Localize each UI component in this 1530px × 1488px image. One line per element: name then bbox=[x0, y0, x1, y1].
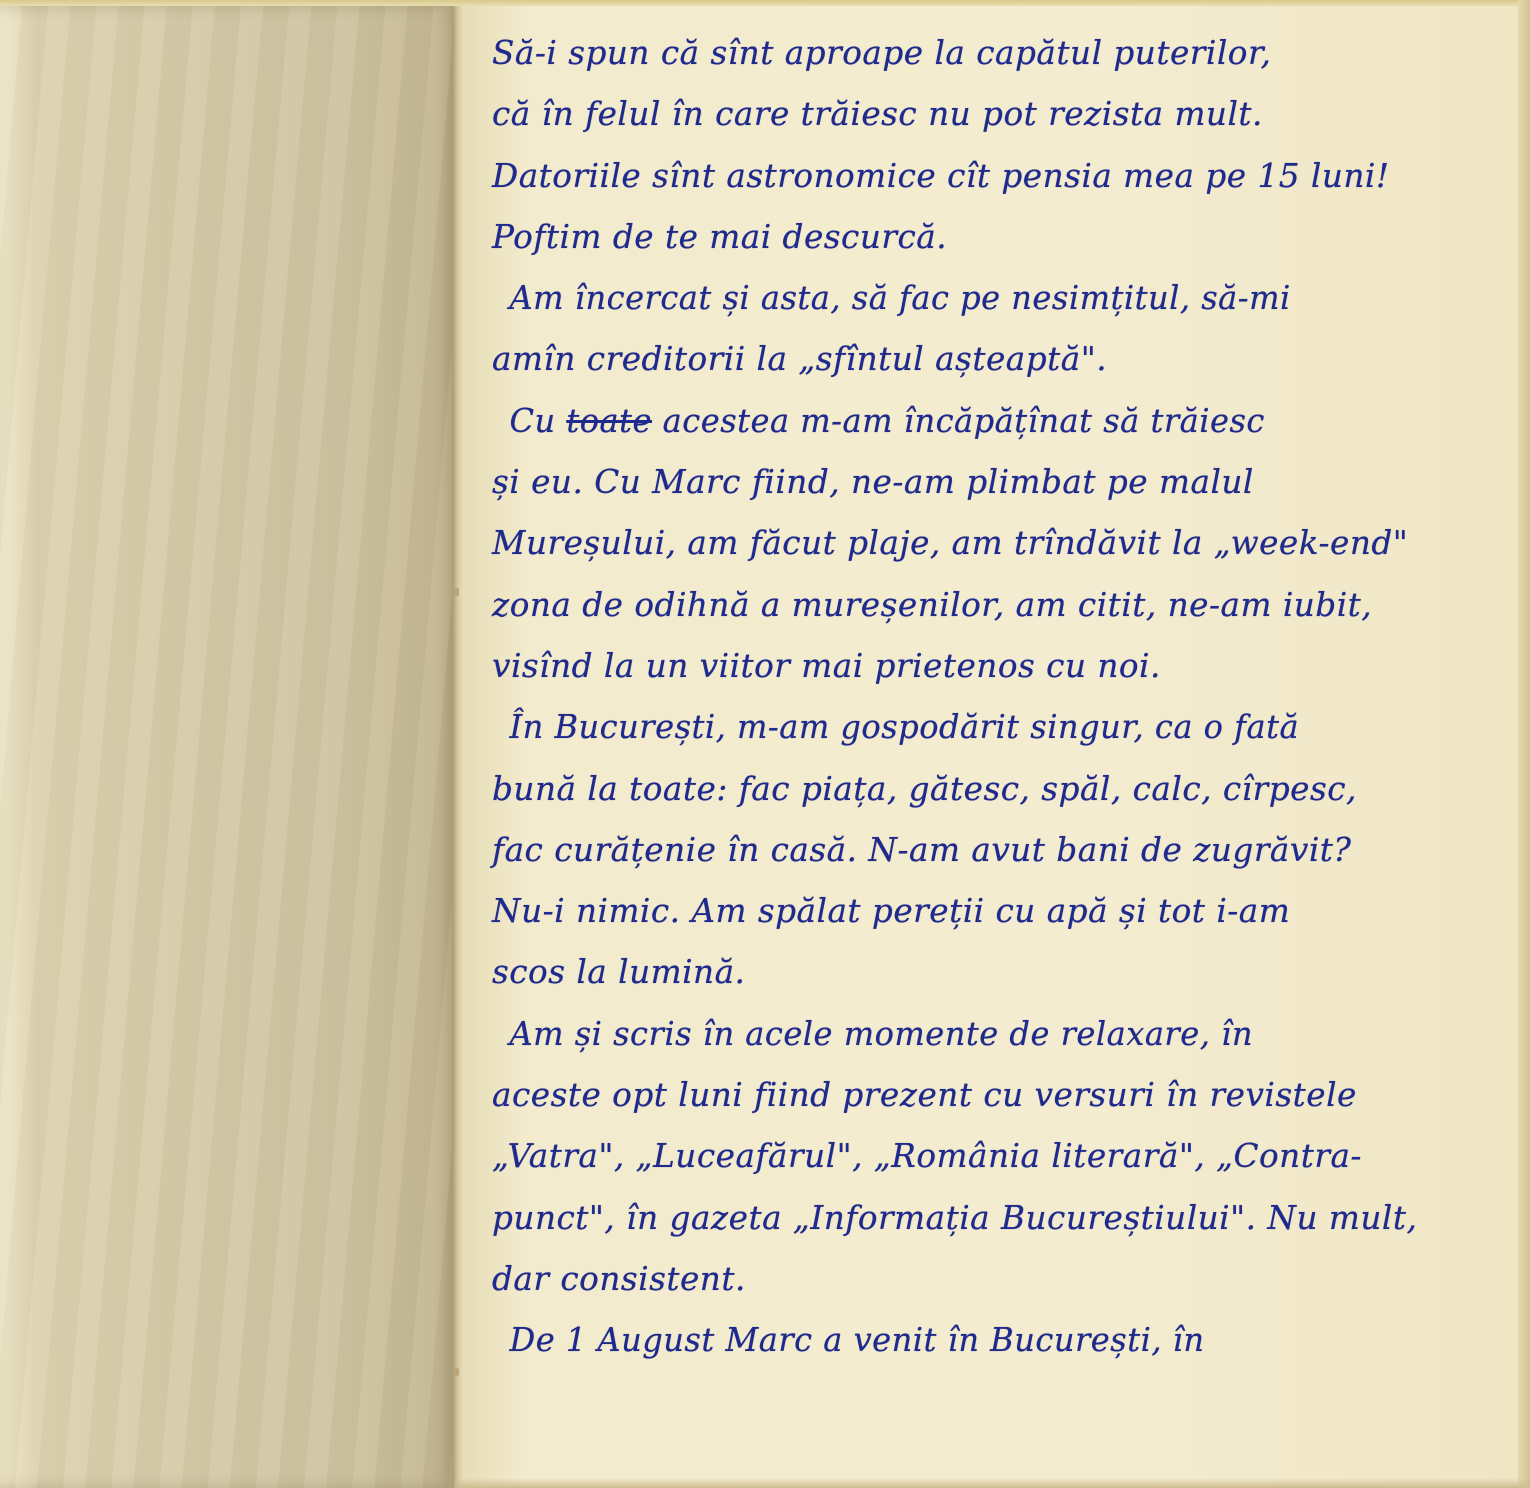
left-blank-page bbox=[0, 6, 455, 1488]
handwritten-line: că în felul în care trăiesc nu pot rezis… bbox=[492, 83, 1492, 144]
binding-stitch bbox=[454, 588, 459, 596]
handwritten-line: Am încercat și asta, să fac pe nesimțitu… bbox=[492, 267, 1474, 328]
struck-word: toate bbox=[566, 401, 652, 440]
handwritten-text-block: Să-i spun că sînt aproape la capătul put… bbox=[492, 22, 1502, 1371]
handwritten-line: zona de odihnă a mureșenilor, am citit, … bbox=[492, 574, 1492, 635]
handwritten-line: În București, m-am gospodărit singur, ca… bbox=[492, 696, 1474, 757]
binding-stitch bbox=[454, 1368, 459, 1376]
handwritten-line: dar consistent. bbox=[492, 1248, 1492, 1309]
paper-texture bbox=[0, 6, 455, 1488]
handwritten-line: scos la lumină. bbox=[492, 941, 1492, 1002]
handwritten-line: Să-i spun că sînt aproape la capătul put… bbox=[492, 22, 1492, 83]
handwritten-line: „Vatra", „Luceafărul", „România literară… bbox=[492, 1125, 1492, 1186]
handwritten-line: aceste opt luni fiind prezent cu versuri… bbox=[492, 1064, 1492, 1125]
handwritten-line: fac curățenie în casă. N-am avut bani de… bbox=[492, 819, 1492, 880]
handwritten-line: punct", în gazeta „Informația Bucureștiu… bbox=[492, 1187, 1492, 1248]
handwritten-line: amîn creditorii la „sfîntul așteaptă". bbox=[492, 328, 1492, 389]
handwritten-line: Mureșului, am făcut plaje, am trîndăvit … bbox=[492, 512, 1492, 573]
handwritten-line: și eu. Cu Marc fiind, ne-am plimbat pe m… bbox=[492, 451, 1492, 512]
handwritten-line: visînd la un viitor mai prietenos cu noi… bbox=[492, 635, 1492, 696]
handwritten-line: bună la toate: fac piața, gătesc, spăl, … bbox=[492, 758, 1492, 819]
handwritten-line: Datoriile sînt astronomice cît pensia me… bbox=[492, 145, 1492, 206]
handwritten-line: Cu toate acestea m-am încăpățînat să tră… bbox=[492, 390, 1474, 451]
notebook-right-edge bbox=[1518, 0, 1530, 1488]
handwritten-line: Am și scris în acele momente de relaxare… bbox=[492, 1003, 1474, 1064]
notebook-bottom-edge bbox=[455, 1478, 1530, 1488]
handwritten-line: Poftim de te mai descurcă. bbox=[492, 206, 1492, 267]
handwritten-line: De 1 August Marc a venit în București, î… bbox=[492, 1309, 1474, 1370]
handwritten-line: Nu-i nimic. Am spălat pereții cu apă și … bbox=[492, 880, 1492, 941]
